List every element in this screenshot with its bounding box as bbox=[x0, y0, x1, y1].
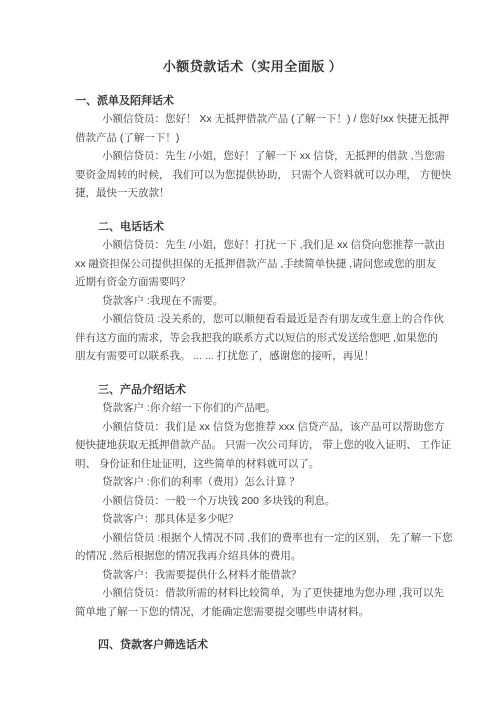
text-line: 捷，最快一天放款！ bbox=[75, 184, 430, 203]
text-line: 伴有这方面的需求，等会我把我的联系方式以短信的形式发送给您吧 ,如果您的 bbox=[75, 329, 430, 348]
text-line: 小额信贷员 :没关系的，您可以顺便看看最近是否有朋友或生意上的合作伙 bbox=[75, 310, 430, 329]
text-line: 小额信贷员：先生 /小姐，您好！打扰一下 ,我们是 xx 信贷向您推荐一款由 bbox=[75, 236, 430, 255]
text-line: 贷款客户：那具体是多少呢？ bbox=[75, 510, 430, 529]
section-heading: 一、派单及陌拜话术 bbox=[75, 92, 430, 111]
text-line: 小额信贷员：借款所需的材料比较简单，为了更快捷地为您办理 ,我可以先 bbox=[75, 584, 430, 603]
section-heading: 二、电话话术 bbox=[75, 218, 430, 237]
document-page: 小额贷款话术（实用全面版 ） 一、派单及陌拜话术小额信贷员：您好！ Xx 无抵押… bbox=[0, 0, 500, 709]
text-line: 小额信贷员：我们是 xx 信贷为您推荐 xxx 信贷产品，该产品可以帮助您方 bbox=[75, 418, 430, 437]
text-line: xx 融资担保公司提供担保的无抵押借款产品 ,手续简单快捷 ,请问您或您的朋友 bbox=[75, 255, 430, 274]
text-line: 小额信贷员：您好！ Xx 无抵押借款产品 (了解一下！) / 您好!xx 快捷无… bbox=[75, 110, 430, 129]
text-line: 便快捷地获取无抵押借款产品。 只需一次公司拜访， 带上您的收入证明、 工作证 bbox=[75, 436, 430, 455]
document-body: 一、派单及陌拜话术小额信贷员：您好！ Xx 无抵押借款产品 (了解一下！) / … bbox=[75, 92, 430, 655]
document-title: 小额贷款话术（实用全面版 ） bbox=[75, 58, 430, 77]
text-line: 简单地了解一下您的情况，才能确定您需要提交哪些申请材料。 bbox=[75, 603, 430, 622]
section-heading: 四、贷款客户筛选话术 bbox=[75, 636, 430, 655]
text-line: 小额信贷员 :根据个人情况不同 ,我们的费率也有一定的区别， 先了解一下您 bbox=[75, 529, 430, 548]
text-line: 贷款客户 :我现在不需要。 bbox=[75, 292, 430, 311]
text-line: 贷款客户：我需要提供什么材料才能借款？ bbox=[75, 566, 430, 585]
text-line: 小额信贷员：先生 /小姐，您好！了解一下 xx 信贷，无抵押的借款 ,当您需 bbox=[75, 147, 430, 166]
text-line: 要资金周转的时候， 我们可以为您提供协助， 只需个人资料就可以办理， 方便快 bbox=[75, 166, 430, 185]
text-line: 小额信贷员：一般一个万块钱 200 多块钱的利息。 bbox=[75, 492, 430, 511]
section-heading: 三、产品介绍话术 bbox=[75, 381, 430, 400]
text-line: 明、 身份证和住址证明，这些简单的材料就可以了。 bbox=[75, 455, 430, 474]
text-line: 近期有资金方面需要吗？ bbox=[75, 273, 430, 292]
text-line: 借款产品 (了解一下！) bbox=[75, 129, 430, 148]
text-line: 贷款客户 :你介绍一下你们的产品吧。 bbox=[75, 399, 430, 418]
text-line: 贷款客户 :你们的利率（费用）怎么计算 ？ bbox=[75, 473, 430, 492]
text-line: 朋友有需要可以联系我。 ... ... 打扰您了，感谢您的接听，再见！ bbox=[75, 347, 430, 366]
text-line: 的情况 ,然后根据您的情况我再介绍具体的费用。 bbox=[75, 547, 430, 566]
